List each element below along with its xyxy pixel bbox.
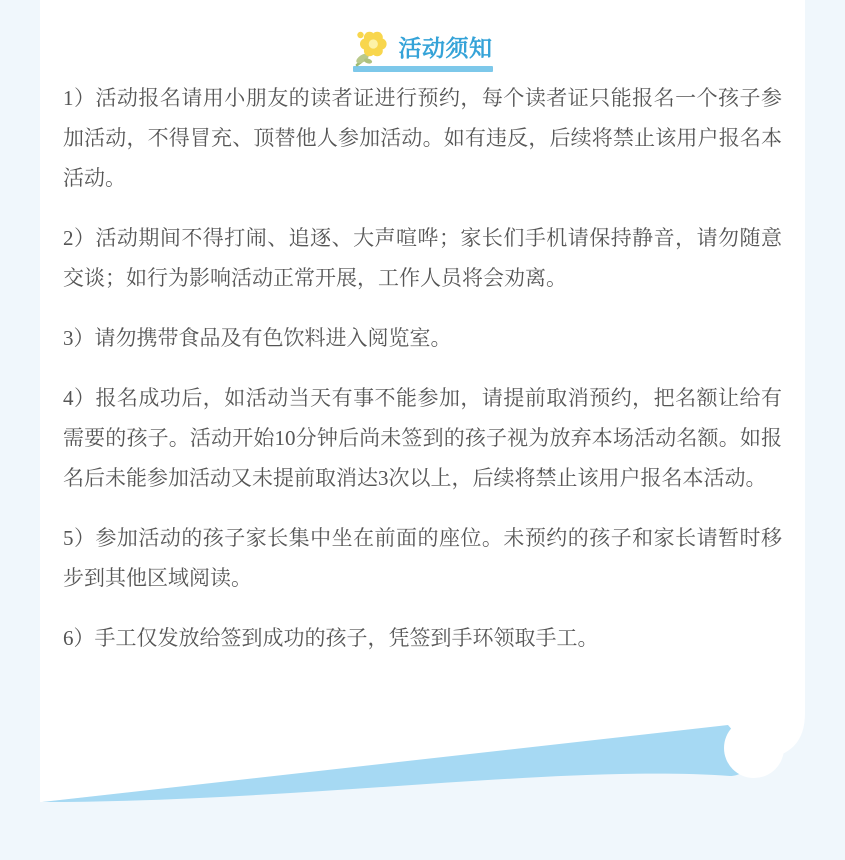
flower-icon (353, 31, 389, 67)
notice-header-inner: 活动须知 (353, 31, 493, 72)
page-title: 活动须知 (399, 33, 493, 63)
notice-paragraph-1: 1）活动报名请用小朋友的读者证进行预约，每个读者证只能报名一个孩子参加活动，不得… (63, 78, 782, 198)
notice-paragraph-6: 6）手工仅发放给签到成功的孩子，凭签到手环领取手工。 (63, 618, 782, 658)
notice-paragraph-3: 3）请勿携带食品及有色饮料进入阅览室。 (63, 318, 782, 358)
title-underline (353, 66, 493, 72)
page-curl-decoration (0, 690, 845, 860)
notice-paragraph-2: 2）活动期间不得打闹、追逐、大声喧哗；家长们手机请保持静音，请勿随意交谈；如行为… (63, 218, 782, 298)
notice-paragraph-5: 5）参加活动的孩子家长集中坐在前面的座位。未预约的孩子和家长请暂时移步到其他区域… (63, 518, 782, 598)
content-card: 活动须知 1）活动报名请用小朋友的读者证进行预约，每个读者证只能报名一个孩子参加… (40, 0, 805, 690)
notice-paragraph-4: 4）报名成功后，如活动当天有事不能参加，请提前取消预约，把名额让给有需要的孩子。… (63, 378, 782, 498)
notice-header: 活动须知 (40, 31, 805, 72)
notice-body: 1）活动报名请用小朋友的读者证进行预约，每个读者证只能报名一个孩子参加活动，不得… (40, 78, 805, 658)
page-background: { "page": { "background_color": "#f0f7fc… (0, 0, 845, 860)
